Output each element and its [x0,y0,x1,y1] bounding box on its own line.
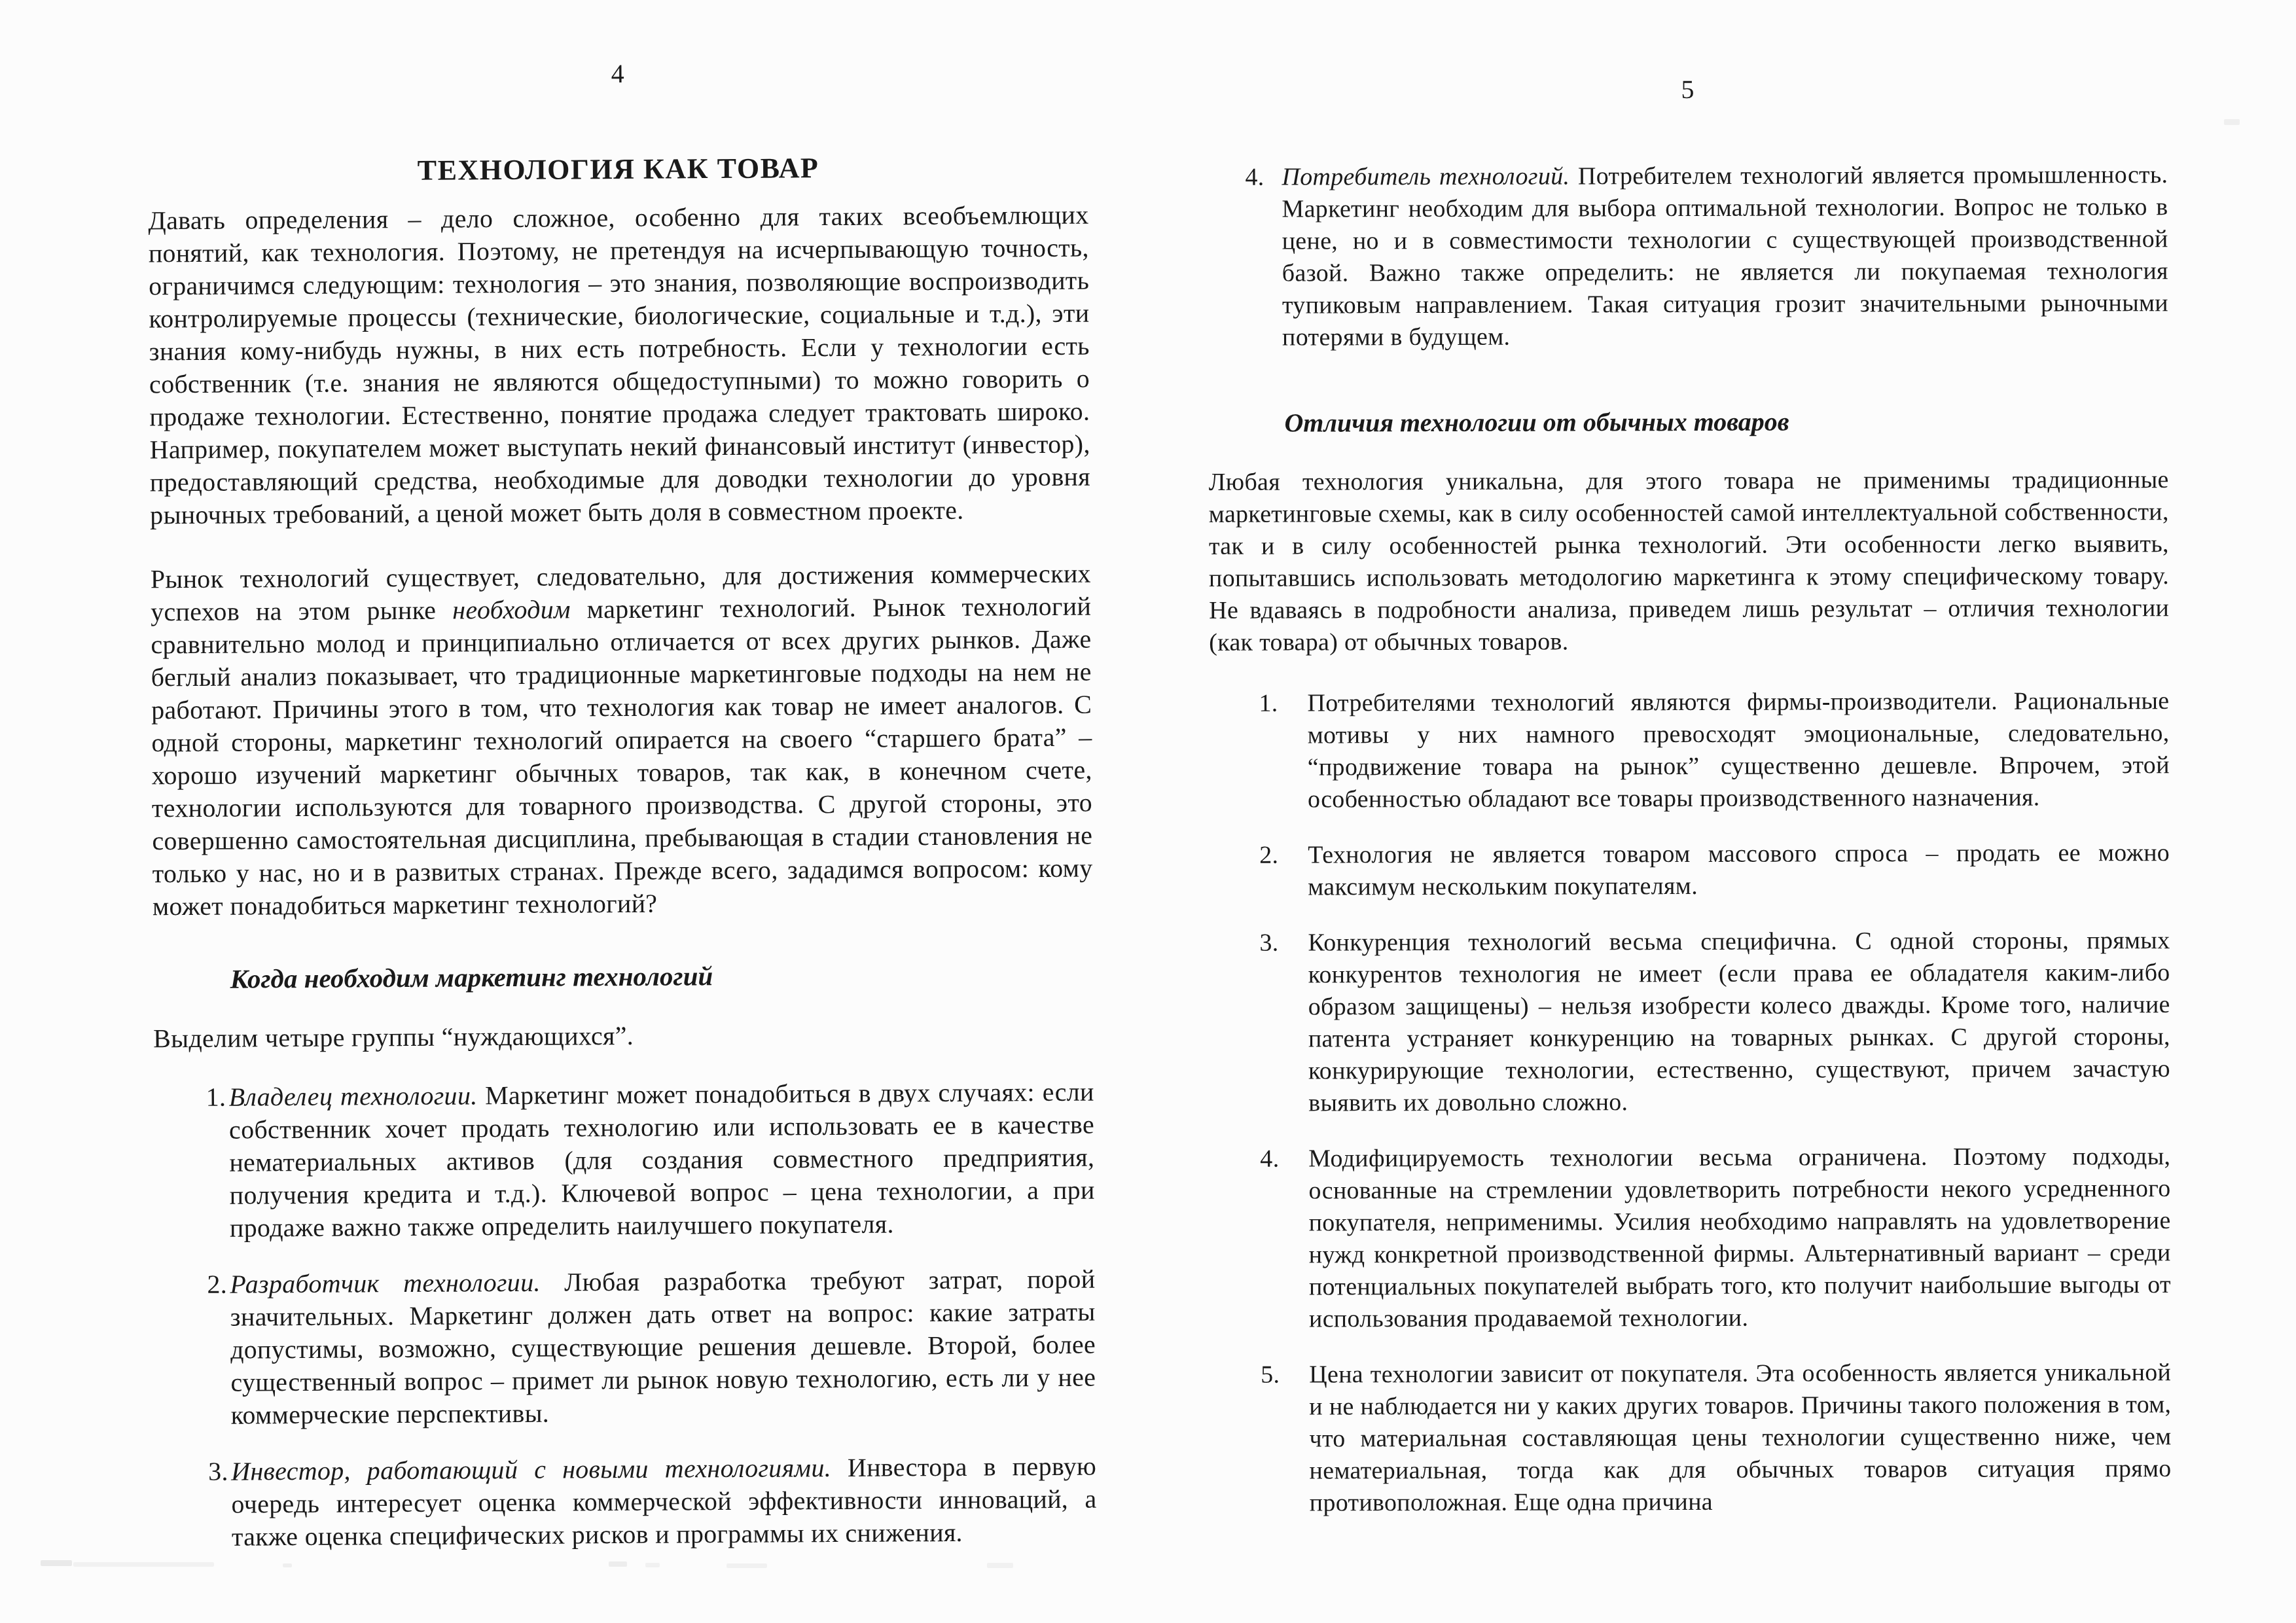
item-text: Технология не является товаром массового… [1308,839,2170,901]
item-number: 1. [1259,688,1278,720]
item-lead: Инвестор, работающий с новыми технология… [231,1453,831,1486]
item-text: Цена технологии зависит от покупателя. Э… [1309,1359,2171,1516]
scan-smudge [645,1563,660,1567]
item-text: Конкуренция технологий весьма специфична… [1308,927,2170,1116]
item-number: 5. [1261,1359,1280,1391]
item-lead: Владелец технологии. [229,1080,478,1111]
numbered-list: 1.Потребителями технологий являются фирм… [1209,685,2171,1520]
item-lead: Потребитель технологий. [1282,162,1570,190]
list-item: 5.Цена технологии зависит от покупателя.… [1211,1357,2172,1520]
item-number: 1. [206,1081,226,1114]
item-number: 3. [208,1455,228,1488]
page-5-content: 5 4.Потребитель технологий. Потребителем… [1208,72,2172,1520]
paragraph-text: маркетинг технологий. Рынок технологий с… [151,592,1092,921]
scanned-book-spread: { "left_page": { "page_number": "4", "ti… [0,0,2296,1623]
emphasized-word: необходим [452,594,571,624]
list-item: 2.Разработчик технологии. Любая разработ… [154,1263,1096,1433]
section-subheading: Отличия технологии от обычных товаров [1208,404,2168,440]
paragraph: Давать определения – дело сложное, особе… [148,199,1090,532]
scan-smudge [987,1563,1013,1568]
page-4-content: 4 ТЕХНОЛОГИЯ КАК ТОВАР Давать определени… [147,55,1097,1554]
paragraph: Любая технология уникальна, для этого то… [1209,464,2170,659]
item-number: 4. [1245,162,1264,194]
item-number: 4. [1260,1143,1279,1175]
numbered-list: 1.Владелец технологии. Маркетинг может п… [154,1076,1097,1554]
numbered-list-continued: 4.Потребитель технологий. Потребителем т… [1208,159,2168,354]
scan-smudge [283,1563,292,1567]
page-4: 4 ТЕХНОЛОГИЯ КАК ТОВАР Давать определени… [147,0,1088,1551]
item-text: Модифицируемость технологии весьма огран… [1308,1143,2171,1332]
list-item: 4.Потребитель технологий. Потребителем т… [1208,159,2168,354]
list-item: 4.Модифицируемость технологии весьма огр… [1210,1141,2171,1336]
paragraph: Выделим четыре группы “нуждающихся”. [153,1017,1094,1056]
scan-smudge [73,1562,214,1567]
item-number: 2. [1259,840,1278,872]
list-item: 3.Инвестор, работающий с новыми технолог… [156,1450,1097,1554]
item-number: 2. [207,1268,227,1301]
chapter-title: ТЕХНОЛОГИЯ КАК ТОВАР [148,149,1088,190]
page-5: 5 4.Потребитель технологий. Потребителем… [1208,0,2168,1518]
item-lead: Разработчик технологии. [230,1268,541,1299]
item-number: 3. [1259,927,1278,959]
scan-smudge [41,1560,72,1566]
page-number: 5 [1208,72,2168,107]
list-item: 3.Конкуренция технологий весьма специфич… [1210,925,2170,1120]
page-number: 4 [147,55,1088,93]
scan-smudge [609,1561,627,1567]
paragraph: Рынок технологий существует, следователь… [151,558,1093,923]
scan-smudge [726,1563,767,1568]
item-text: Потребителями технологий являются фирмы-… [1307,687,2169,813]
scan-smudge [2224,119,2240,125]
list-item: 1.Потребителями технологий являются фирм… [1209,685,2170,816]
list-item: 1.Владелец технологии. Маркетинг может п… [154,1076,1096,1245]
list-item: 2.Технология не является товаром массово… [1210,837,2170,904]
section-subheading: Когда необходим маркетинг технологий [152,957,1093,997]
